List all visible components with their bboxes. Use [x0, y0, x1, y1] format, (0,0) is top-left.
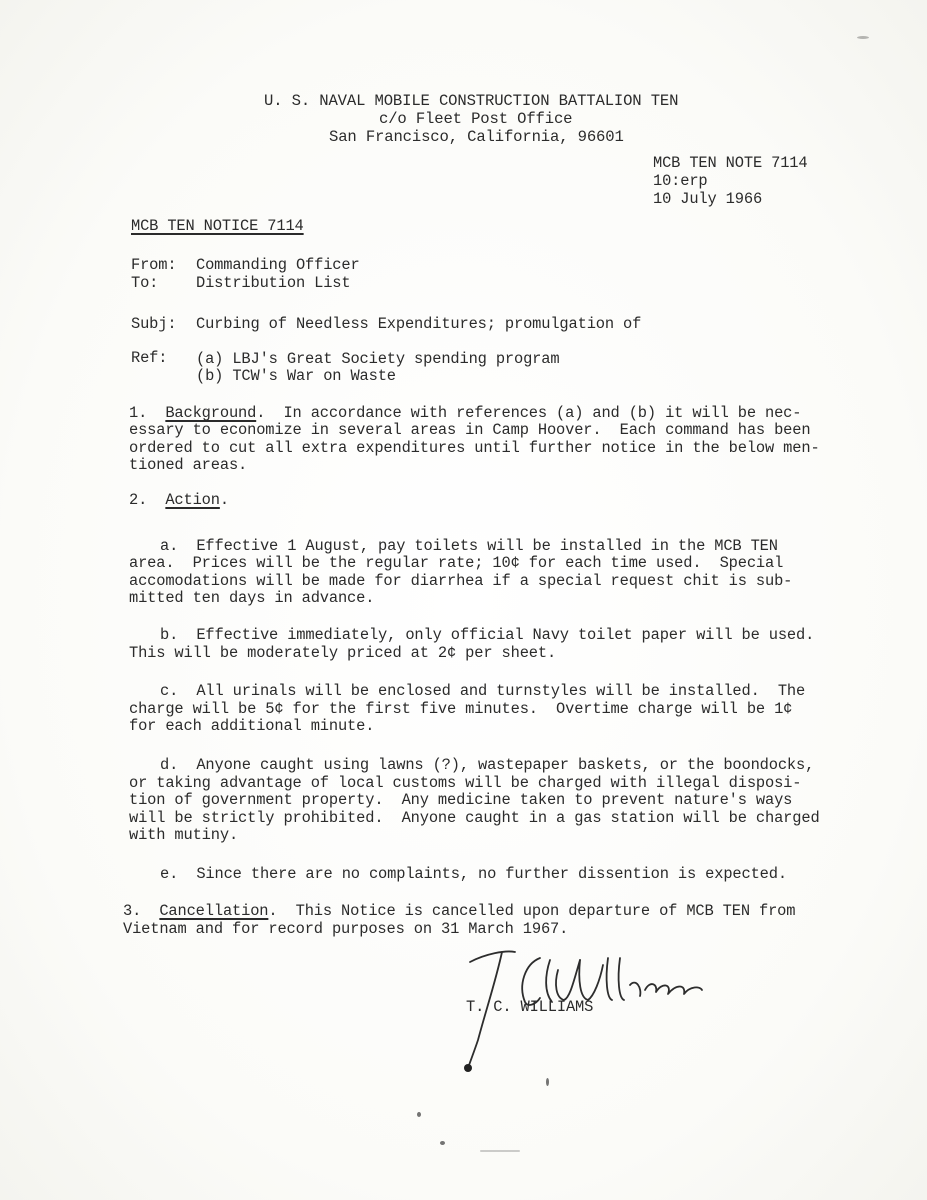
smudge-mark	[546, 1078, 549, 1086]
item-d-line-4: will be strictly prohibited. Anyone caug…	[129, 810, 820, 827]
from-label: From:	[131, 257, 176, 274]
notice-title: MCB TEN NOTICE 7114	[131, 218, 304, 235]
subj-label: Subj:	[131, 316, 176, 333]
item-d-line-3: tion of government property. Any medicin…	[129, 792, 792, 809]
section1-heading: Background	[165, 404, 256, 422]
smudge-mark	[417, 1112, 421, 1117]
item-b-line-1: b. Effective immediately, only official …	[160, 627, 814, 644]
section1-line-1: . In accordance with references (a) and …	[256, 404, 801, 422]
item-a-line-4: mitted ten days in advance.	[129, 590, 374, 607]
item-b-line-2: This will be moderately priced at 2¢ per…	[129, 645, 556, 662]
item-c-line-3: for each additional minute.	[129, 718, 374, 735]
smudge-mark	[857, 36, 869, 39]
ref-b: (b) TCW's War on Waste	[196, 368, 396, 385]
item-e-line-1: e. Since there are no complaints, no fur…	[160, 866, 787, 883]
item-c-line-1: c. All urinals will be enclosed and turn…	[160, 683, 805, 700]
section1-number: 1.	[129, 404, 147, 422]
item-d-line-2: or taking advantage of local customs wil…	[129, 775, 801, 792]
typed-signature-name: T. C. WILLIAMS	[466, 999, 593, 1016]
section1-line-4: tioned areas.	[129, 457, 247, 474]
ref-a: (a) LBJ's Great Society spending program	[196, 351, 559, 368]
item-d-line-1: d. Anyone caught using lawns (?), wastep…	[160, 757, 814, 774]
section2-heading: Action	[165, 491, 220, 509]
section1-line-2: essary to economize in several areas in …	[129, 422, 810, 439]
section2-number: 2.	[129, 491, 147, 509]
to-value: Distribution List	[196, 275, 350, 292]
section3-number: 3.	[123, 902, 141, 920]
item-d-line-5: with mutiny.	[129, 827, 238, 844]
document-page: U. S. NAVAL MOBILE CONSTRUCTION BATTALIO…	[0, 0, 927, 1200]
smudge-mark	[480, 1150, 520, 1152]
subj-value: Curbing of Needless Expenditures; promul…	[196, 316, 641, 333]
reference-code: 10:erp	[653, 173, 708, 190]
item-a-line-1: a. Effective 1 August, pay toilets will …	[160, 538, 778, 555]
section3-line-2: Vietnam and for record purposes on 31 Ma…	[123, 921, 568, 938]
section3-paragraph: 3. Cancellation. This Notice is cancelle…	[123, 903, 795, 920]
section2-heading-line: 2. Action.	[129, 492, 229, 509]
ref-label: Ref:	[131, 350, 167, 367]
item-a-line-2: area. Prices will be the regular rate; 1…	[129, 555, 783, 572]
letterhead-unit: U. S. NAVAL MOBILE CONSTRUCTION BATTALIO…	[264, 93, 678, 110]
to-label: To:	[131, 275, 158, 292]
item-c-line-2: charge will be 5¢ for the first five min…	[129, 701, 792, 718]
section3-line-1: . This Notice is cancelled upon departur…	[268, 902, 795, 920]
letterhead-fpo: c/o Fleet Post Office	[379, 111, 572, 128]
reference-note: MCB TEN NOTE 7114	[653, 155, 807, 172]
section1-line-3: ordered to cut all extra expenditures un…	[129, 440, 820, 457]
section1-paragraph: 1. Background. In accordance with refere…	[129, 405, 801, 422]
letterhead-address: San Francisco, California, 96601	[329, 129, 624, 146]
item-a-line-3: accomodations will be made for diarrhea …	[129, 573, 792, 590]
smudge-mark	[440, 1141, 445, 1145]
reference-date: 10 July 1966	[653, 191, 762, 208]
section3-heading: Cancellation	[159, 902, 268, 920]
from-value: Commanding Officer	[196, 257, 360, 274]
